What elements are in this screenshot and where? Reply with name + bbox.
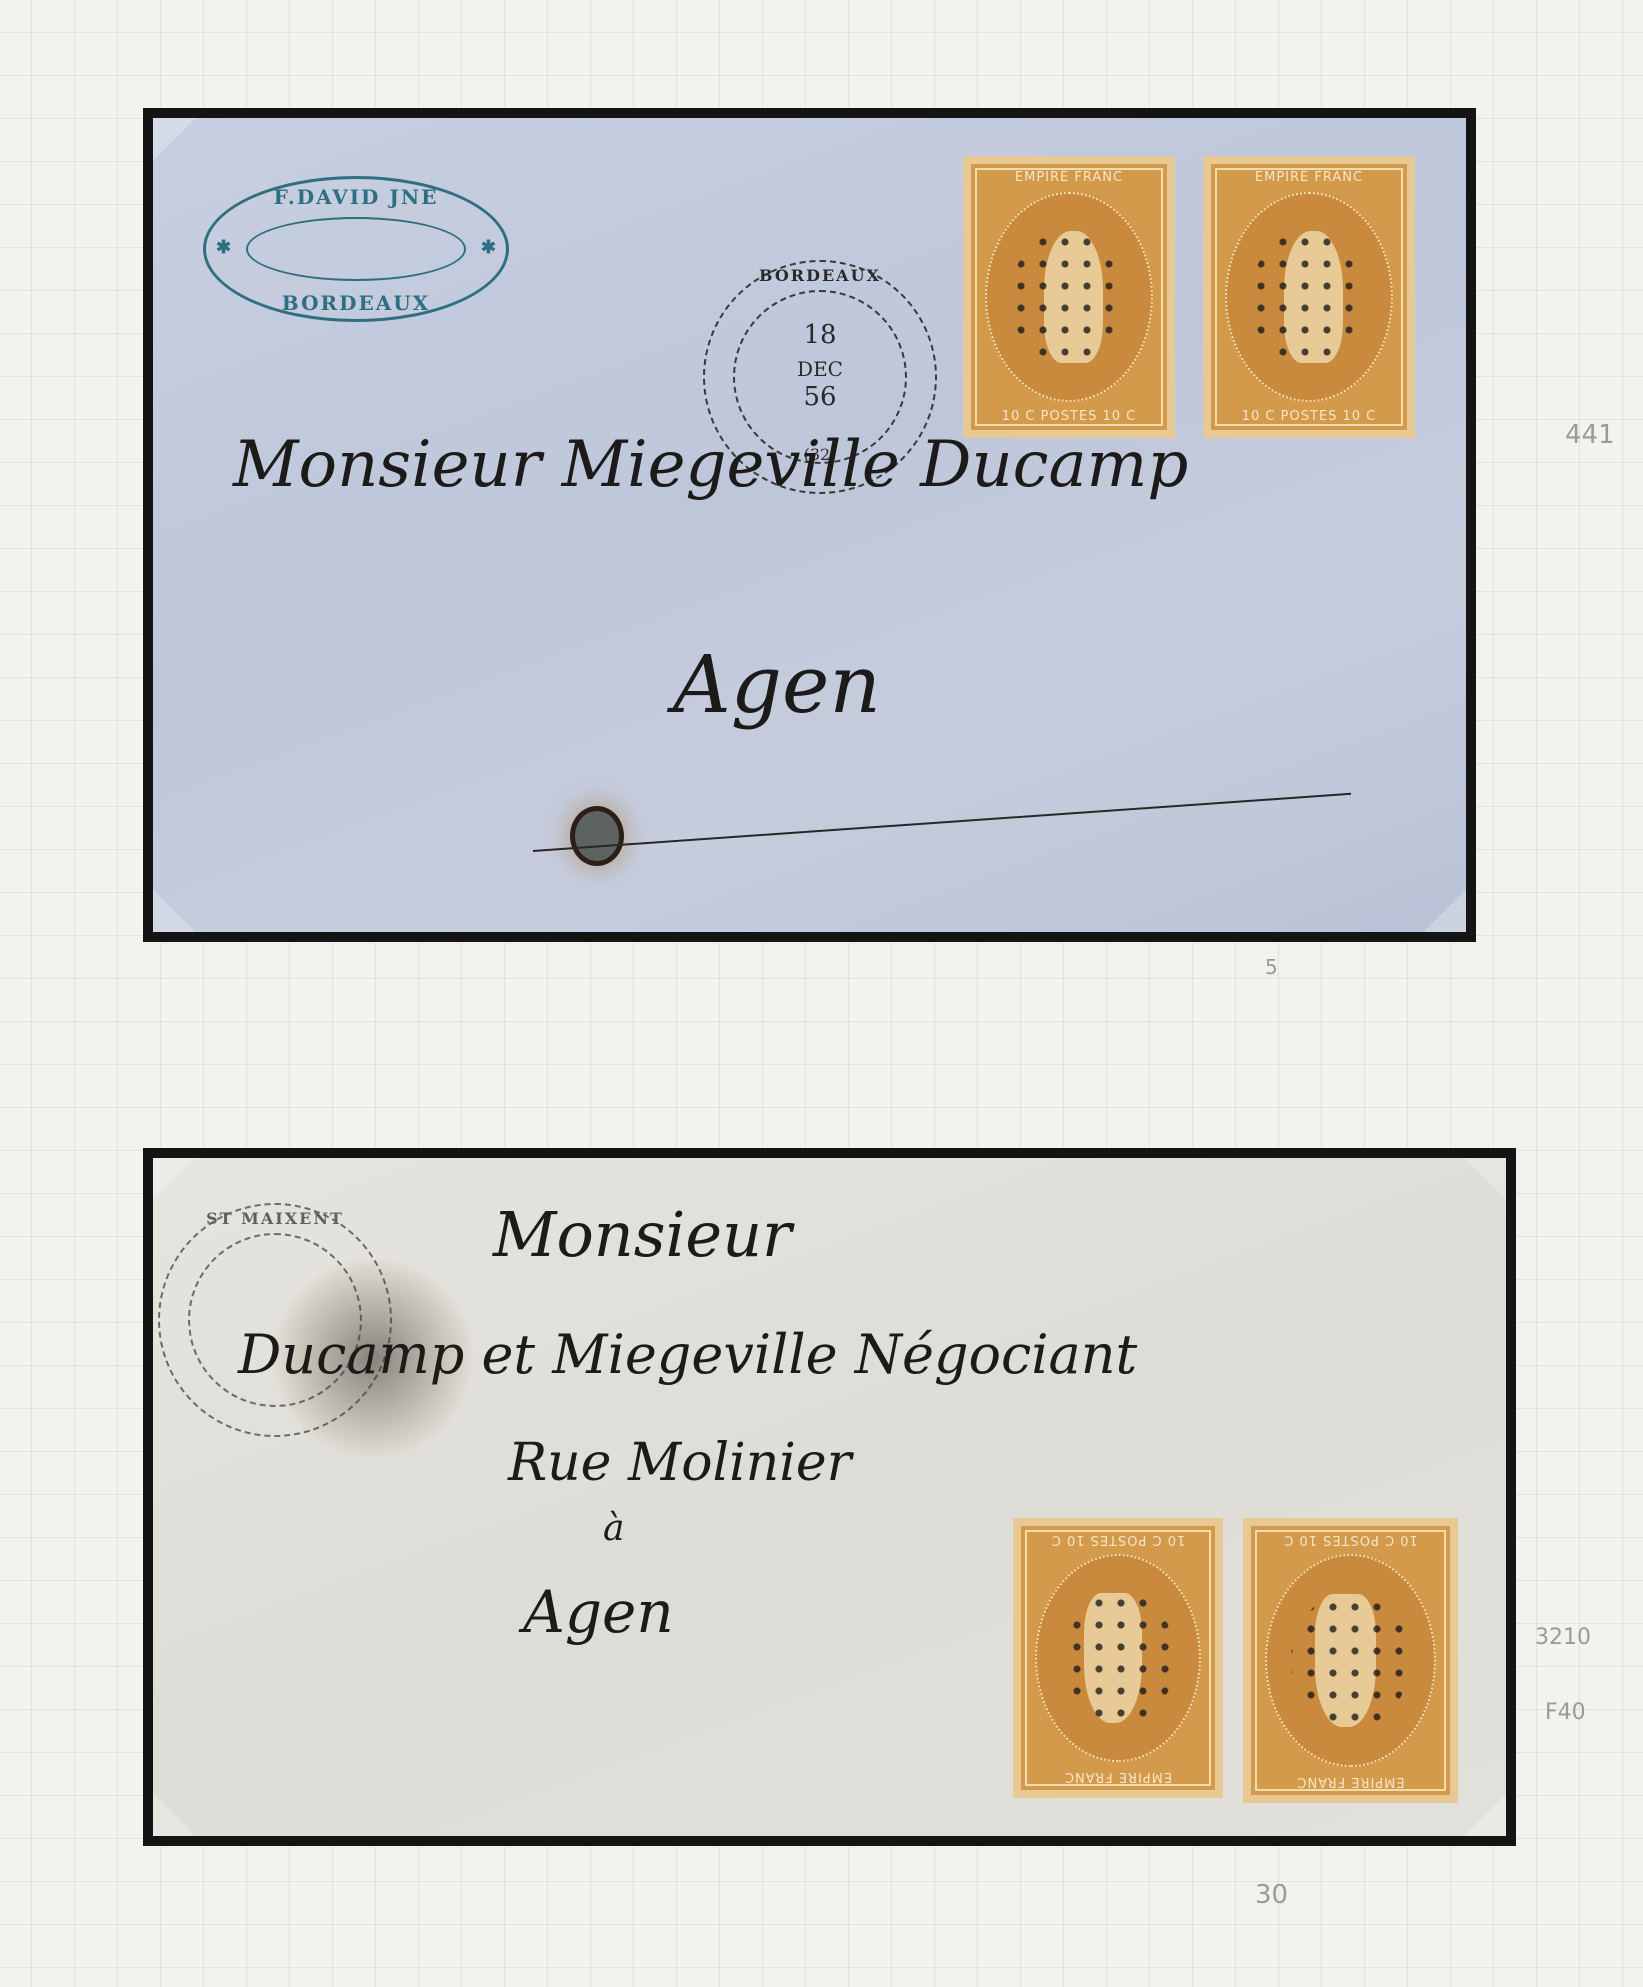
pencil-note-441: 441 — [1565, 420, 1615, 450]
address-line-2: Ducamp et Miegeville Négociant — [238, 1323, 1137, 1386]
address-line-1: Monsieur — [493, 1198, 792, 1271]
cover-1: ✱ ✱ F.DAVID JNE BORDEAUX BORDEAUX 18 DEC… — [153, 118, 1466, 932]
sender-cachet: ✱ ✱ F.DAVID JNE BORDEAUX — [203, 176, 509, 322]
postmark-day: 18 — [705, 320, 935, 350]
star-icon: ✱ — [216, 237, 231, 258]
address-line-2: Agen — [673, 638, 881, 731]
stamp-2: EMPIRE FRANC 10 C POSTES 10 C — [1243, 1518, 1458, 1803]
address-line-5: Agen — [523, 1578, 674, 1646]
address-line-1: Monsieur Miegeville Ducamp — [233, 428, 1188, 502]
pencil-note-30: 30 — [1255, 1880, 1288, 1910]
cachet-top-text: F.DAVID JNE — [206, 185, 506, 209]
postmark-town: ST MAIXENT — [160, 1209, 390, 1228]
postmark-year: 56 — [705, 382, 935, 412]
cancel-dots — [1291, 1593, 1410, 1728]
pencil-note-3210: 3210 — [1535, 1625, 1591, 1650]
cancel-dots — [1250, 231, 1368, 364]
cover-2: ST MAIXENT Monsieur Ducamp et Miegeville… — [153, 1158, 1506, 1836]
stamp-1: EMPIRE FRANC 10 C POSTES 10 C — [1013, 1518, 1223, 1798]
pencil-note-5: 5 — [1265, 955, 1278, 979]
cancel-dots — [1060, 1592, 1176, 1724]
cachet-bottom-text: BORDEAUX — [206, 291, 506, 315]
pencil-note-f40: F40 — [1545, 1700, 1586, 1725]
stamp-2: EMPIRE FRANC 10 C POSTES 10 C — [1203, 156, 1415, 438]
burn-hole — [570, 806, 624, 866]
address-line-4: à — [603, 1508, 624, 1549]
postmark-month: DEC — [705, 354, 935, 384]
cover-2-mount: ST MAIXENT Monsieur Ducamp et Miegeville… — [143, 1148, 1516, 1846]
cover-1-mount: ✱ ✱ F.DAVID JNE BORDEAUX BORDEAUX 18 DEC… — [143, 108, 1476, 942]
date-postmark: ST MAIXENT — [158, 1203, 392, 1437]
address-line-3: Rue Molinier — [508, 1433, 852, 1493]
postmark-town: BORDEAUX — [705, 266, 935, 285]
star-icon: ✱ — [481, 237, 496, 258]
cancel-dots — [1010, 231, 1128, 364]
flourish-line — [533, 793, 1351, 852]
stamp-1: EMPIRE FRANC 10 C POSTES 10 C — [963, 156, 1175, 438]
